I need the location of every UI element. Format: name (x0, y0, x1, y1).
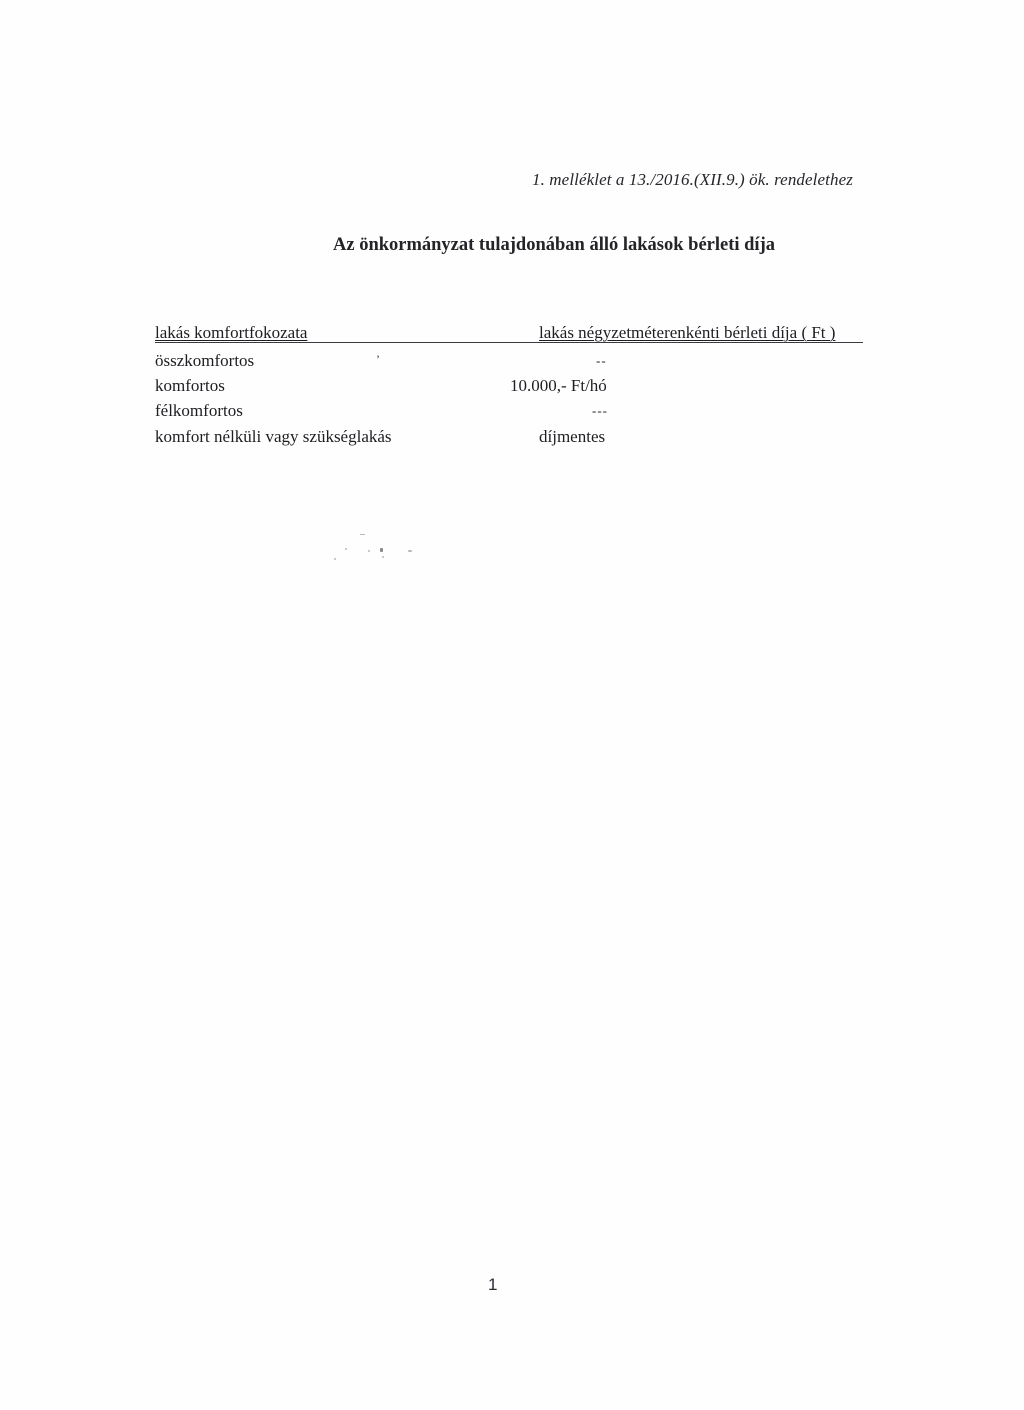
row-fee: -- (596, 353, 607, 369)
scan-speck (368, 550, 370, 552)
column-header-fee-per-sqm: lakás négyzetméterenkénti bérleti díja (… (539, 323, 835, 343)
scan-speck (334, 558, 336, 560)
table-row: komfortos 10.000,- Ft/hó (155, 376, 870, 400)
scan-speck (408, 550, 412, 552)
row-category: komfortos (155, 376, 225, 396)
row-category: komfort nélküli vagy szükséglakás (155, 427, 392, 447)
scan-speck (345, 548, 347, 550)
scan-speck (360, 534, 365, 535)
page-number: 1 (488, 1275, 497, 1295)
row-fee: --- (592, 403, 608, 419)
row-category: félkomfortos (155, 401, 243, 421)
document-title: Az önkormányzat tulajdonában álló lakáso… (333, 235, 775, 256)
row-fee: díjmentes (539, 427, 605, 447)
stray-scan-mark: ’ (376, 352, 380, 367)
scan-speck (382, 556, 384, 558)
scan-noise (330, 530, 440, 570)
document-page: 1. melléklet a 13./2016.(XII.9.) ök. ren… (0, 0, 1024, 1410)
annex-reference: 1. melléklet a 13./2016.(XII.9.) ök. ren… (532, 170, 853, 190)
scan-speck (380, 548, 383, 552)
table-row: félkomfortos --- (155, 401, 870, 425)
column-header-comfort-level: lakás komfortfokozata (155, 323, 307, 343)
table-row: komfort nélküli vagy szükséglakás díjmen… (155, 427, 870, 451)
row-category: összkomfortos (155, 351, 254, 371)
row-fee: 10.000,- Ft/hó (510, 376, 607, 396)
table-row: összkomfortos -- (155, 351, 870, 375)
